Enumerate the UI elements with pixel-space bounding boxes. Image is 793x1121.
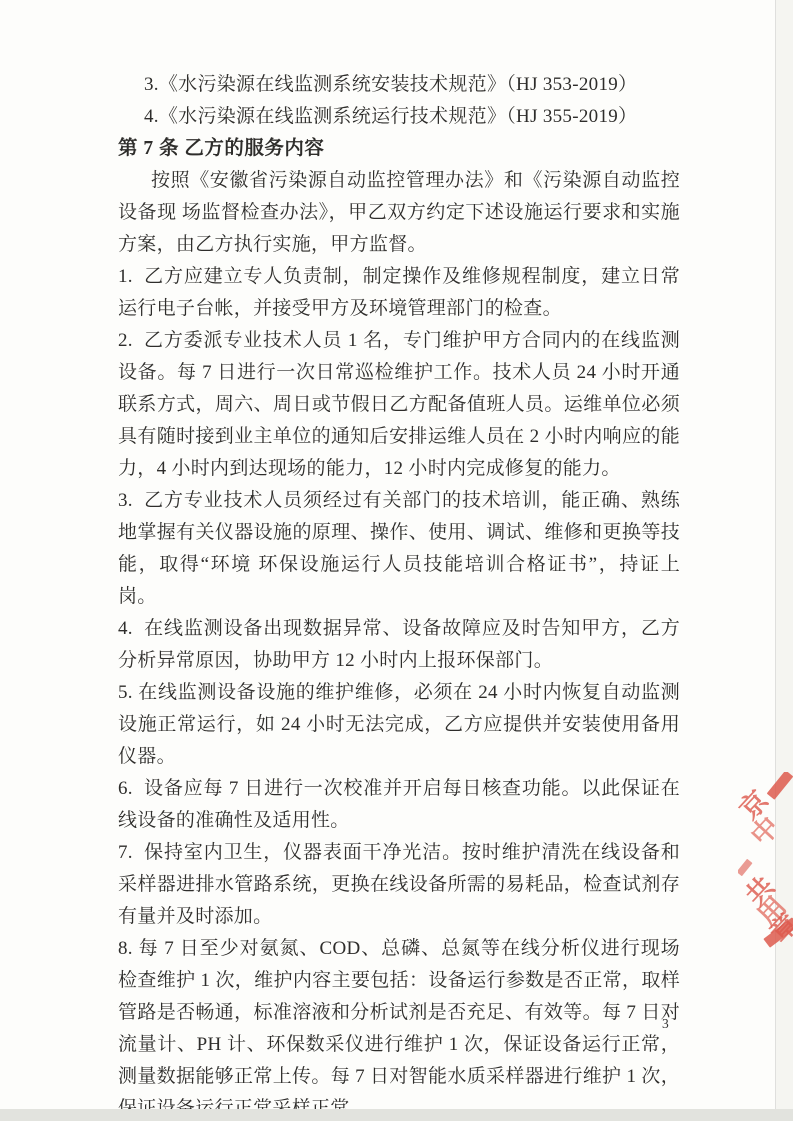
clause-1: 1. 乙方应建立专人负责制，制定操作及维修规程制度，建立日常运行电子台帐，并接受… bbox=[118, 261, 680, 325]
clause-6: 6. 设备应每 7 日进行一次校准并开启每日核查功能。以此保证在线设备的准确性及… bbox=[118, 773, 680, 837]
contract-text: 3.《水污染源在线监测系统安装技术规范》（HJ 353-2019） 4.《水污染… bbox=[118, 69, 680, 1121]
clause-2: 2. 乙方委派专业技术人员 1 名，专门维护甲方合同内的在线监测设备。每 7 日… bbox=[118, 325, 680, 485]
clause-3: 3. 乙方专业技术人员须经过有关部门的技术培训，能正确、熟练地掌握有关仪器设施的… bbox=[118, 485, 680, 613]
clause-5: 5. 在线监测设备设施的维护维修，必须在 24 小时内恢复自动监测设施正常运行，… bbox=[118, 677, 680, 773]
reference-item-3: 3.《水污染源在线监测系统安装技术规范》（HJ 353-2019） bbox=[118, 69, 680, 101]
clause-4: 4. 在线监测设备出现数据异常、设备故障应及时告知甲方，乙方分析异常原因，协助甲… bbox=[118, 613, 680, 677]
clause-7: 7. 保持室内卫生，仪器表面干净光洁。按时维护清洗在线设备和采样器进排水管路系统… bbox=[118, 837, 680, 933]
stamp-char: 共 bbox=[741, 872, 779, 910]
document-page: 3.《水污染源在线监测系统安装技术规范》（HJ 353-2019） 4.《水污染… bbox=[0, 0, 793, 1121]
section-heading: 第 7 条 乙方的服务内容 bbox=[118, 133, 680, 165]
clause-8: 8. 每 7 日至少对氨氮、COD、总磷、总氮等在线分析仪进行现场检查维护 1 … bbox=[118, 933, 680, 1121]
page-edge-line bbox=[775, 0, 776, 1109]
reference-item-4: 4.《水污染源在线监测系统运行技术规范》（HJ 355-2019） bbox=[118, 101, 680, 133]
section-intro: 按照《安徽省污染源自动监控管理办法》和《污染源自动监控设备现 场监督检查办法》，… bbox=[118, 165, 680, 261]
scanner-margin bbox=[776, 0, 793, 1109]
page-number: 3 bbox=[662, 1016, 669, 1032]
stamp-stroke bbox=[738, 859, 753, 877]
scan-edge-shadow bbox=[0, 1109, 793, 1121]
stamp-char: 京 bbox=[738, 786, 774, 824]
